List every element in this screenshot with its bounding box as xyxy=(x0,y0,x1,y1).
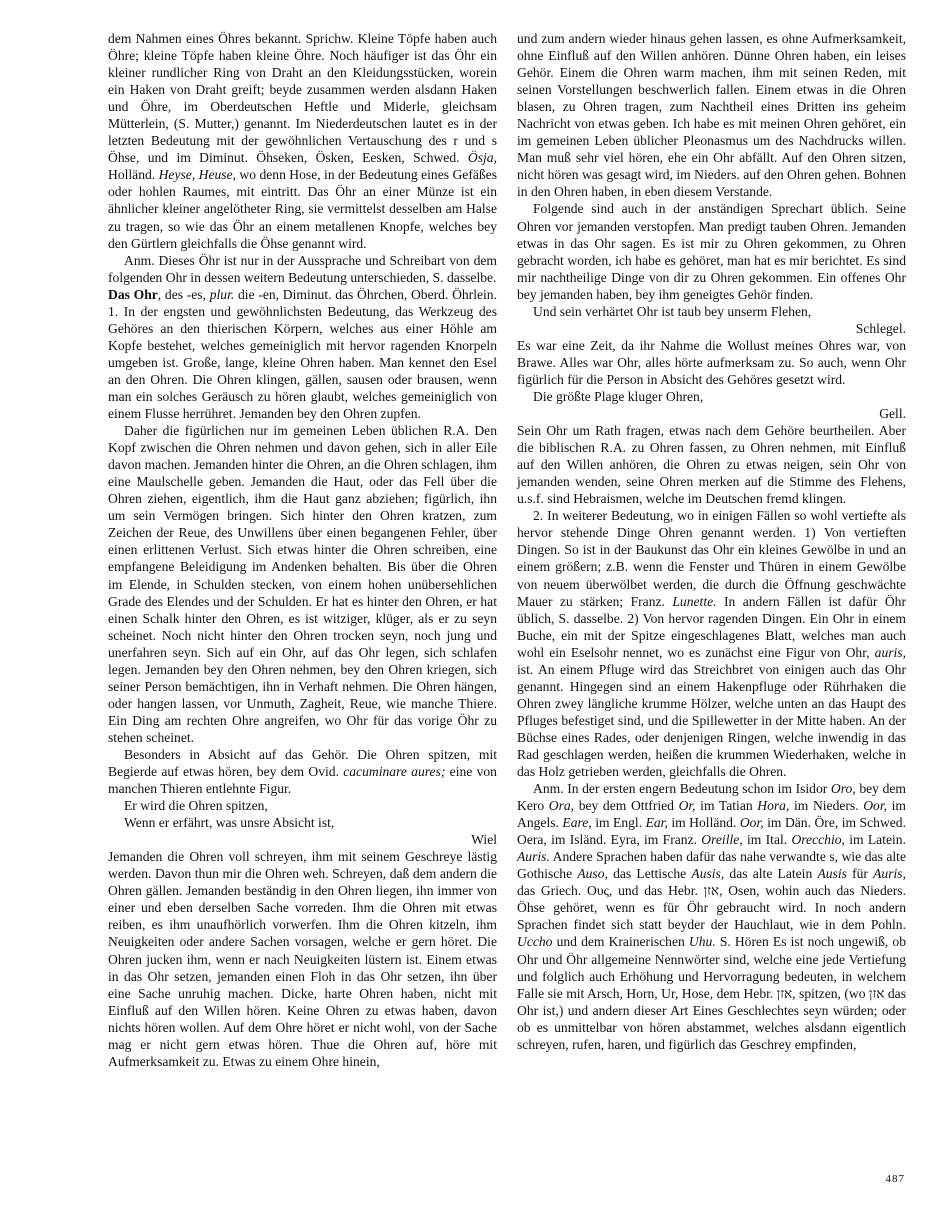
verse-attribution: Gell. xyxy=(517,405,906,422)
verse-line: Und sein verhärtet Ohr ist taub bey unse… xyxy=(517,303,906,320)
paragraph-decent-speech: Folgende sind auch in der anständigen Sp… xyxy=(517,200,906,302)
text-segment: im Nieders. xyxy=(789,798,863,813)
paragraph-idioms-continuation: und zum andern wieder hinaus gehen lasse… xyxy=(517,30,906,200)
paragraph-etymology: Anm. In der ersten engern Bedeutung scho… xyxy=(517,780,906,1053)
italic-term: Oreille, xyxy=(701,832,742,847)
left-column: dem Nahmen eines Öhres bekannt. Sprichw.… xyxy=(108,30,497,1070)
italic-term: Auris. xyxy=(517,849,550,864)
italic-term: Auris xyxy=(873,866,902,881)
italic-term: Ausis xyxy=(817,866,846,881)
text-segment: und dem Krainerischen xyxy=(552,934,688,949)
paragraph-gehoer: Besonders in Absicht auf das Gehör. Die … xyxy=(108,746,497,797)
text-segment: im Tatian xyxy=(696,798,758,813)
text-segment: für xyxy=(847,866,873,881)
paragraph-figurative-idioms: Daher die figürlichen nur im gemeinen Le… xyxy=(108,422,497,746)
paragraph-wider-meaning: 2. In weiterer Bedeutung, wo in einigen … xyxy=(517,507,906,780)
page-number: 487 xyxy=(860,1173,905,1185)
italic-term: Ausis, xyxy=(691,866,724,881)
headword: Das Ohr xyxy=(108,287,158,302)
paragraph-oehr-continuation: dem Nahmen eines Öhres bekannt. Sprichw.… xyxy=(108,30,497,252)
italic-term: Hora, xyxy=(757,798,789,813)
verse-line: Wenn er erfährt, was unsre Absicht ist, xyxy=(108,814,497,831)
verse-line: Die größte Plage kluger Ohren, xyxy=(517,388,906,405)
paragraph-anm-oehr: Anm. Dieses Öhr ist nur in der Aussprach… xyxy=(108,252,497,286)
text-segment: das alte Latein xyxy=(724,866,817,881)
verse-attribution: Wiel xyxy=(108,831,497,848)
italic-term: Auso, xyxy=(577,866,608,881)
italic-term: Ora, xyxy=(549,798,574,813)
text-segment: im Latein. xyxy=(845,832,906,847)
italic-term: Ear, xyxy=(646,815,668,830)
text-segment: im Ital. xyxy=(743,832,792,847)
italic-term: Oor, xyxy=(863,798,887,813)
text-segment: das Lettische xyxy=(608,866,691,881)
text-segment: bey dem Ottfried xyxy=(574,798,678,813)
italic-term: Orecchio, xyxy=(791,832,844,847)
paragraph-wollust: Es war eine Zeit, da ihr Nahme die Wollu… xyxy=(517,337,906,388)
paragraph-hebraisms: Sein Ohr um Rath fragen, etwas nach dem … xyxy=(517,422,906,507)
paragraph-entry-ohr: Das Ohr, des -es, plur. die -en, Diminut… xyxy=(108,286,497,422)
text-segment: im Holländ. xyxy=(668,815,740,830)
italic-term: Oor, xyxy=(740,815,764,830)
italic-term: Eare, xyxy=(562,815,591,830)
paragraph-idioms-continued: Jemanden die Ohren voll schreyen, ihm mi… xyxy=(108,848,497,1070)
verse-line: Er wird die Ohren spitzen, xyxy=(108,797,497,814)
italic-term: Uhu. xyxy=(689,934,716,949)
text-segment: Anm. In der ersten engern Bedeutung scho… xyxy=(533,781,831,796)
verse-attribution: Schlegel. xyxy=(517,320,906,337)
italic-term: Oro, xyxy=(831,781,856,796)
right-column: und zum andern wieder hinaus gehen lasse… xyxy=(517,30,906,1053)
text-segment: im Engl. xyxy=(592,815,646,830)
text-segment: S. Hören Es ist noch ungewiß, ob Ohr und… xyxy=(517,934,906,1051)
italic-term: Uccho xyxy=(517,934,552,949)
italic-term: Or, xyxy=(679,798,696,813)
